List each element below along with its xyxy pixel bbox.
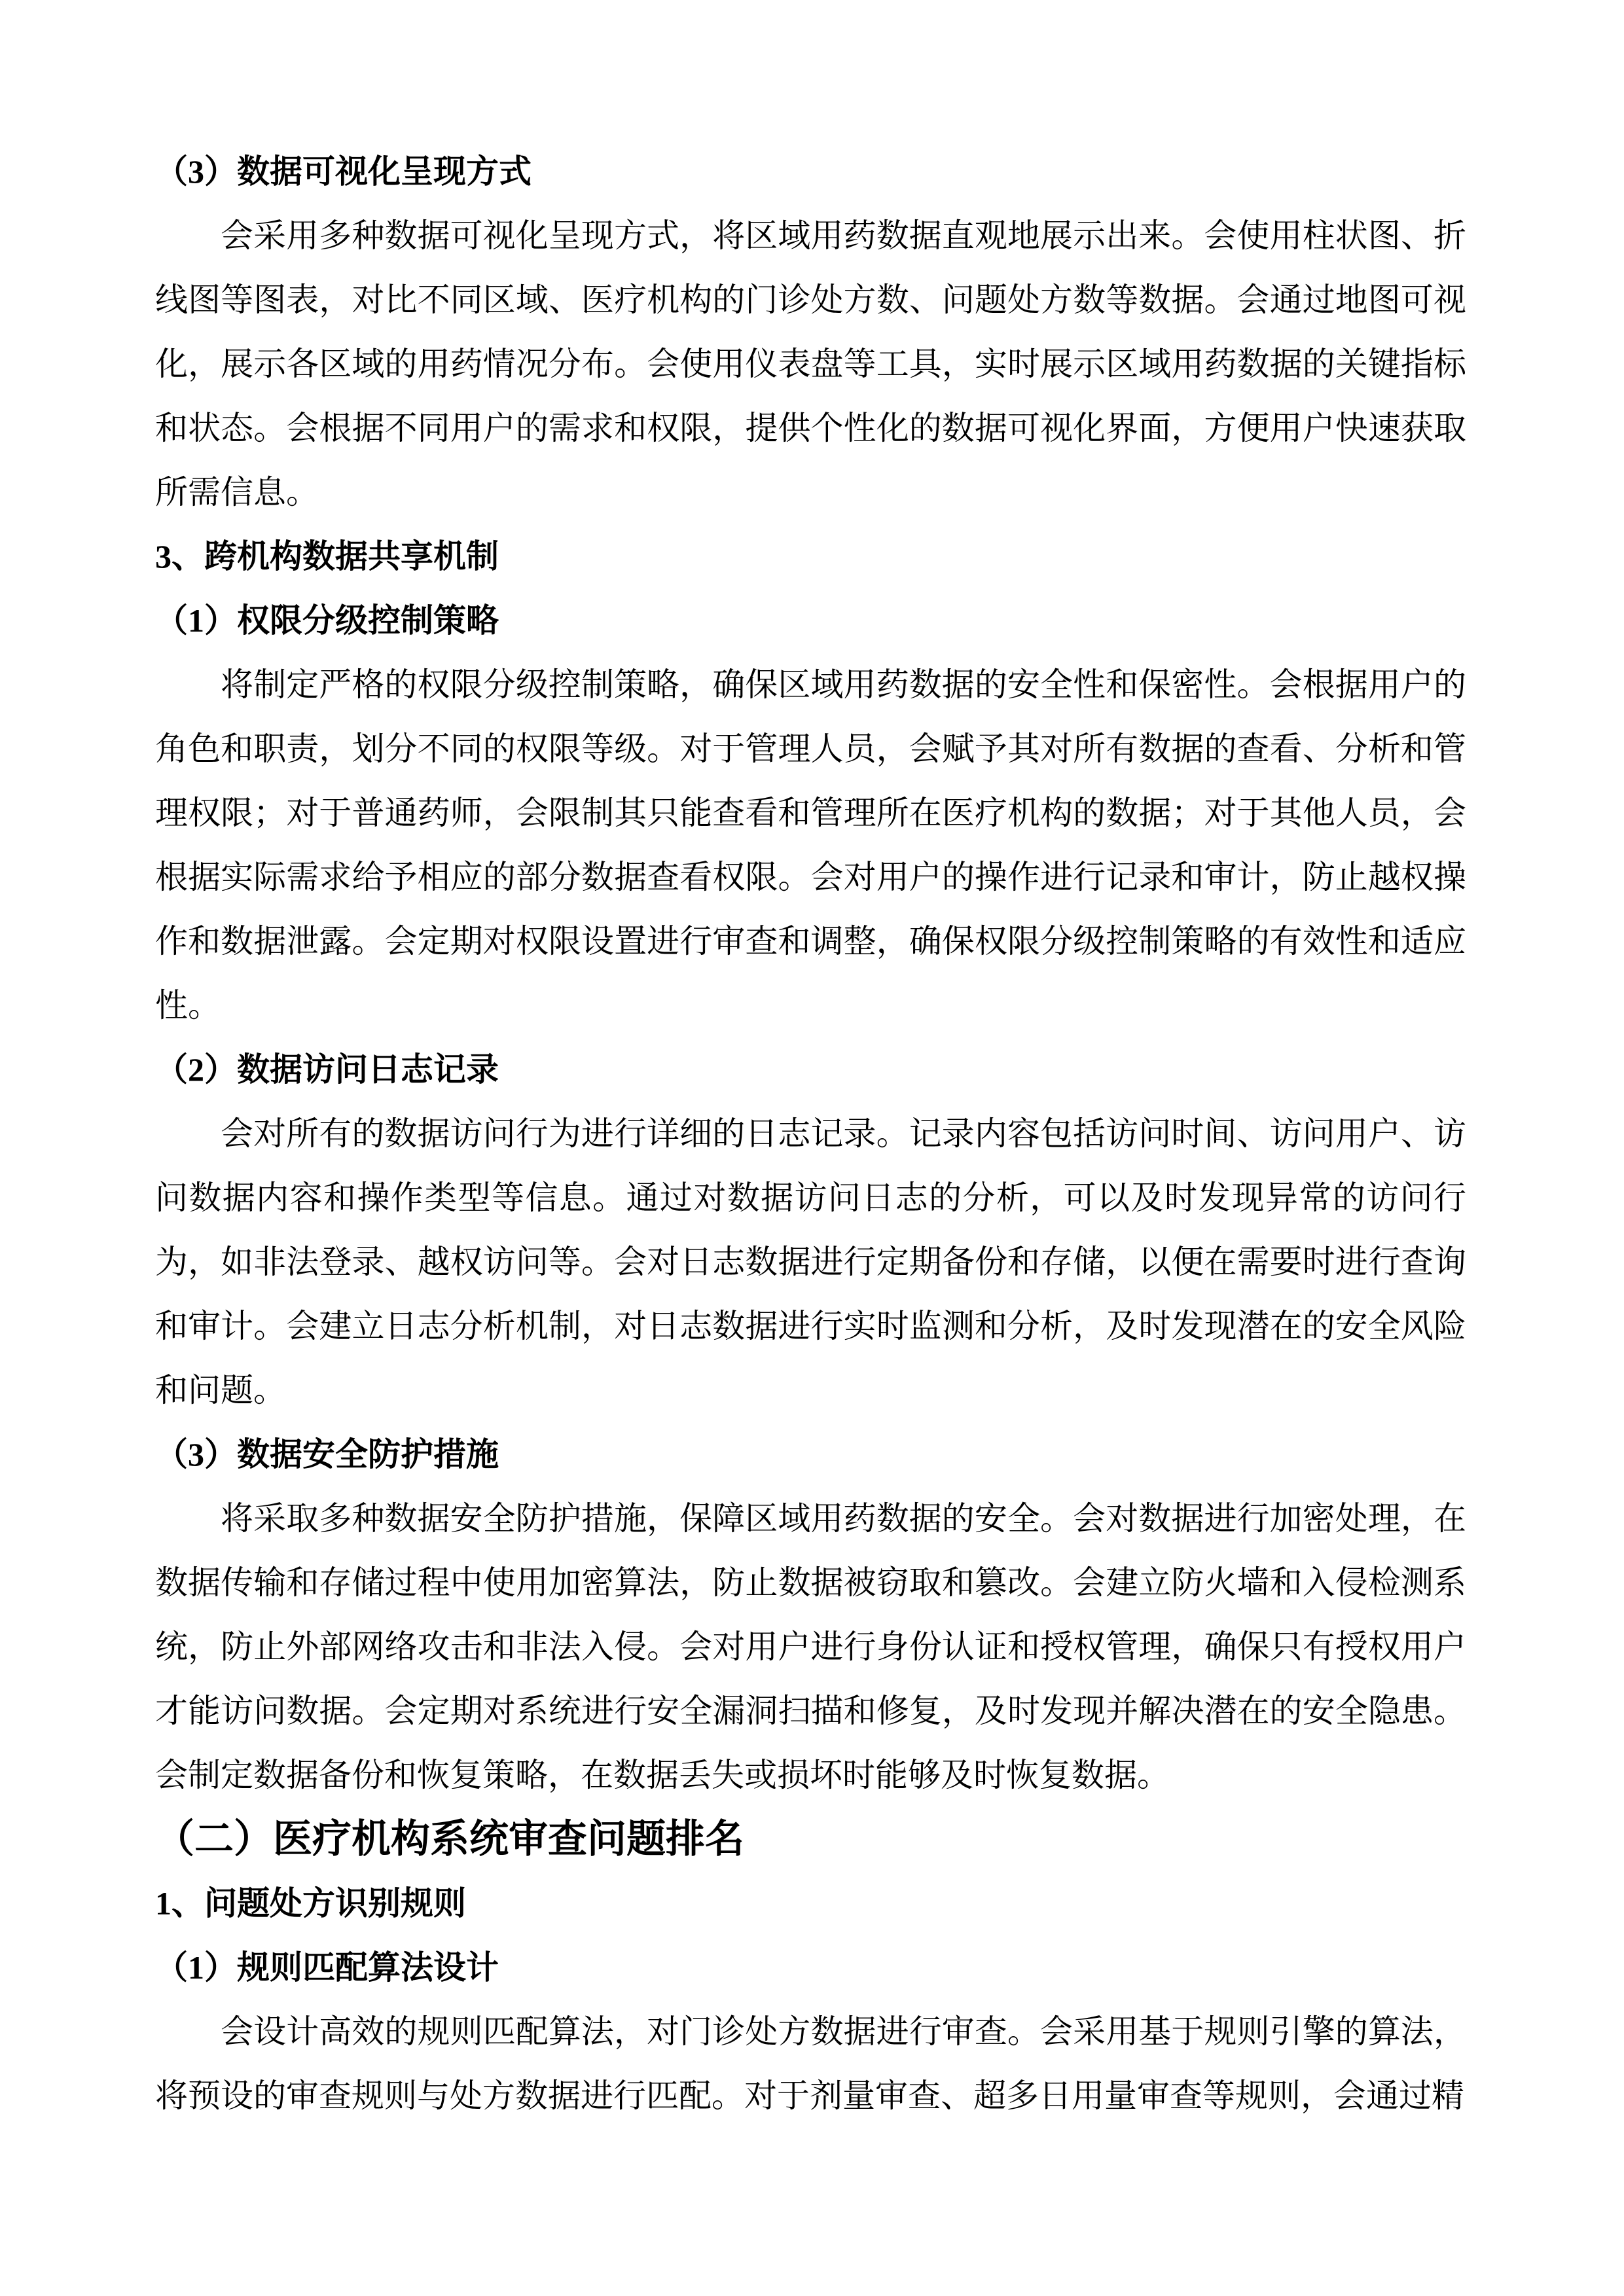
paragraph-data-visualization: 会采用多种数据可视化呈现方式，将区域用药数据直观地展示出来。会使用柱状图、折线图… [155,204,1466,524]
paragraph-access-logging: 会对所有的数据访问行为进行详细的日志记录。记录内容包括访问时间、访问用户、访问数… [155,1102,1466,1422]
paragraph-data-security: 将采取多种数据安全防护措施，保障区域用药数据的安全。会对数据进行加密处理，在数据… [155,1486,1466,1807]
document-content: （3）数据可视化呈现方式 会采用多种数据可视化呈现方式，将区域用药数据直观地展示… [155,139,1466,2128]
section-heading-data-visualization: （3）数据可视化呈现方式 [155,139,1466,204]
paragraph-rule-matching-algorithm: 会设计高效的规则匹配算法，对门诊处方数据进行审查。会采用基于规则引擎的算法，将预… [155,2000,1466,2128]
section-heading-problem-prescription-rules: 1、问题处方识别规则 [155,1871,1466,1935]
paragraph-permission-control: 将制定严格的权限分级控制策略，确保区域用药数据的安全性和保密性。会根据用户的角色… [155,653,1466,1037]
section-heading-cross-institution-sharing: 3、跨机构数据共享机制 [155,524,1466,588]
section-heading-permission-control: （1）权限分级控制策略 [155,588,1466,653]
section-heading-rule-matching-algorithm: （1）规则匹配算法设计 [155,1935,1466,2000]
document-page: （3）数据可视化呈现方式 会采用多种数据可视化呈现方式，将区域用药数据直观地展示… [0,0,1624,2296]
chapter-heading-review-ranking: （二）医疗机构系统审查问题排名 [155,1807,1466,1871]
section-heading-data-security: （3）数据安全防护措施 [155,1422,1466,1486]
section-heading-access-logging: （2）数据访问日志记录 [155,1037,1466,1102]
